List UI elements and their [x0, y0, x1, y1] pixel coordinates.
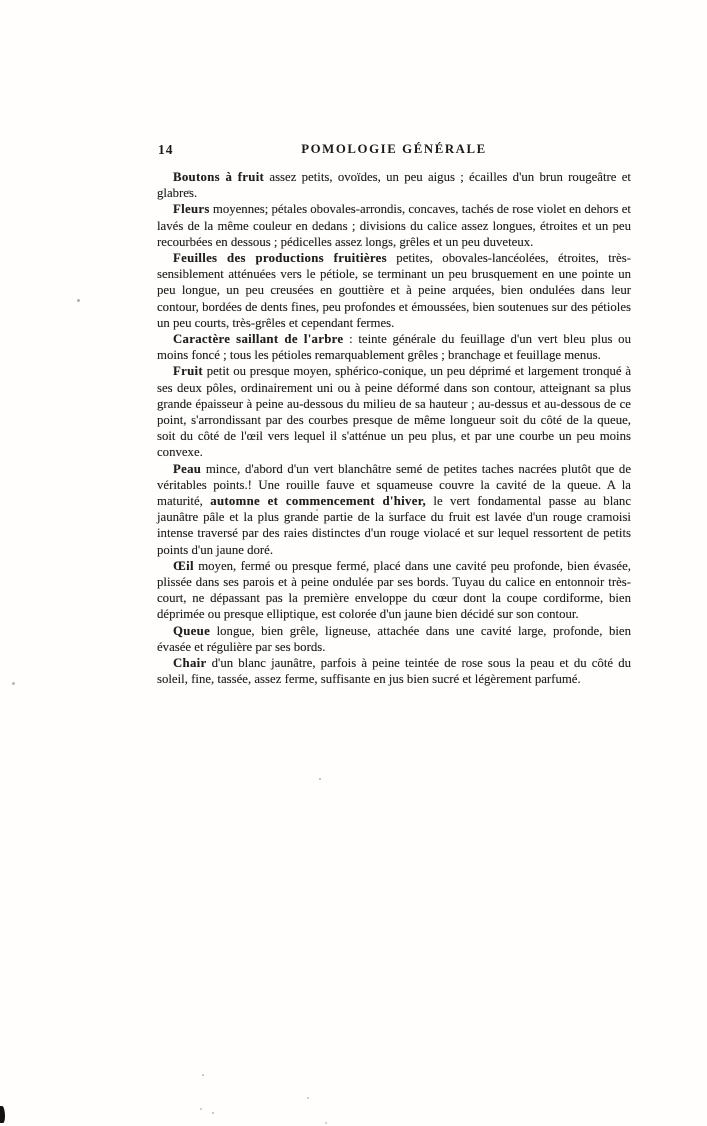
paragraph-text: moyen, fermé ou presque fermé, placé dan…: [157, 559, 631, 622]
paragraph: Peau mince, d'abord d'un vert blanchâtre…: [157, 461, 631, 558]
paragraph-lead: Boutons à fruit: [173, 170, 264, 184]
paragraph-lead: Queue: [173, 624, 210, 638]
paragraph: Boutons à fruit assez petits, ovoïdes, u…: [157, 169, 631, 201]
paragraph-text: d'un blanc jaunâtre, parfois à peine tei…: [157, 656, 631, 686]
scan-speck: [307, 1097, 309, 1099]
paragraph-lead: Œil: [173, 559, 194, 573]
paragraph-lead: Feuilles des productions fruitières: [173, 251, 387, 265]
paragraph-lead: Chair: [173, 656, 207, 670]
paragraph: Œil moyen, fermé ou presque fermé, placé…: [157, 558, 631, 623]
paragraph: Chair d'un blanc jaunâtre, parfois à pei…: [157, 655, 631, 687]
paragraph: Fleurs moyennes; pétales obovales-arrond…: [157, 201, 631, 250]
scan-speck: [212, 1112, 214, 1114]
paragraph: Caractère saillant de l'arbre : teinte g…: [157, 331, 631, 363]
scan-speck: [316, 509, 318, 511]
paragraph: Fruit petit ou presque moyen, sphérico-c…: [157, 363, 631, 460]
scan-speck: [12, 682, 15, 685]
scan-speck: [389, 512, 391, 514]
scan-speck: [200, 1108, 202, 1110]
paragraph-lead: Peau: [173, 462, 201, 476]
running-header: POMOLOGIE GÉNÉRALE: [157, 142, 631, 157]
paragraph-text: petit ou presque moyen, sphérico-conique…: [157, 364, 631, 459]
paragraph-lead: Fruit: [173, 364, 203, 378]
scan-edge-ink-mark: [0, 1106, 5, 1123]
paragraph-lead: Fleurs: [173, 202, 210, 216]
paragraph-text: moyennes; pétales obovales-arrondis, con…: [157, 202, 631, 248]
scan-speck: [188, 190, 190, 192]
paragraph-text: longue, bien grêle, ligneuse, attachée d…: [157, 624, 631, 654]
paragraph-lead: Caractère saillant de l'arbre: [173, 332, 343, 346]
scan-speck: [325, 1122, 327, 1124]
scan-speck: [202, 1074, 204, 1076]
paragraph-lead: automne et commencement d'hiver,: [210, 494, 426, 508]
scanned-book-page: 14 POMOLOGIE GÉNÉRALE Boutons à fruit as…: [0, 0, 707, 1126]
scan-speck: [77, 299, 80, 302]
paragraph: Feuilles des productions fruitières peti…: [157, 250, 631, 331]
text-block: Boutons à fruit assez petits, ovoïdes, u…: [157, 169, 631, 688]
scan-speck: [319, 778, 321, 780]
paragraph: Queue longue, bien grêle, ligneuse, atta…: [157, 623, 631, 655]
